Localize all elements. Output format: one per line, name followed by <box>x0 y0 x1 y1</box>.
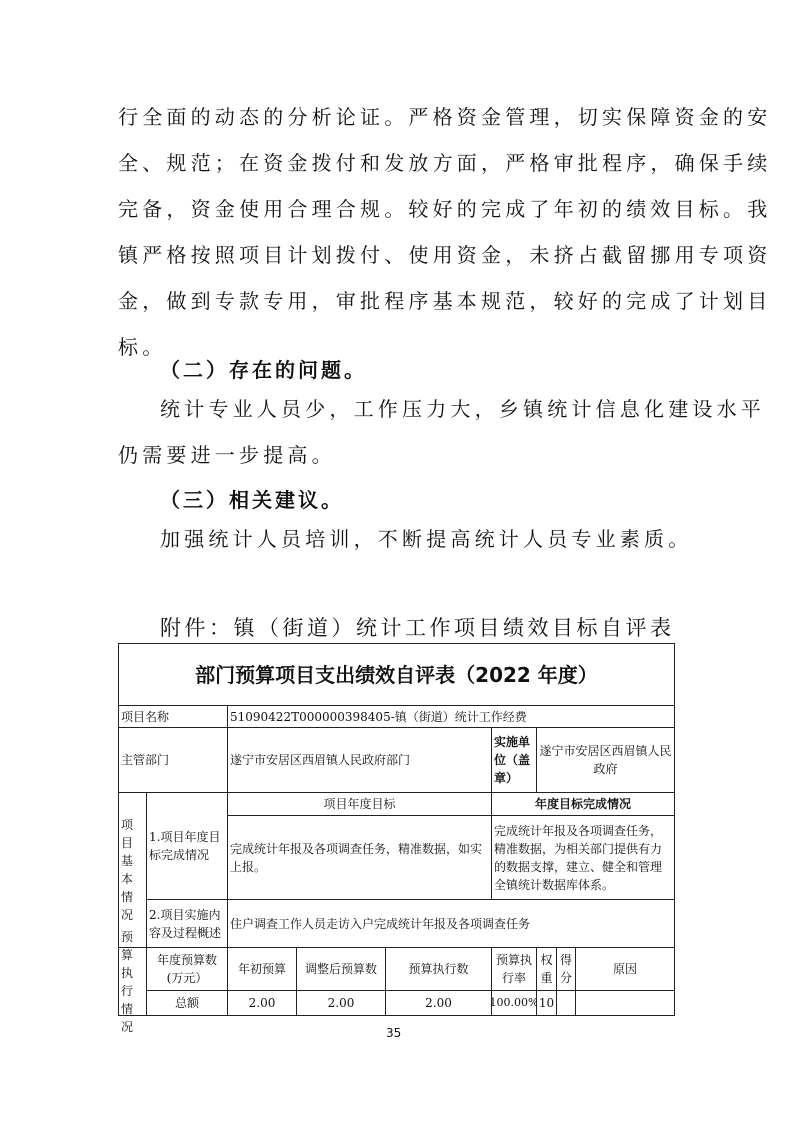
item1-completion: 完成统计年报及各项调查任务，精准数据，为相关部门提供有力的数据支撑，建立、健全和… <box>491 815 675 900</box>
item1-goal: 完成统计年报及各项调查任务，精准数据，如实上报。 <box>227 815 492 900</box>
header-adjusted-budget: 调整后预算数 <box>296 947 386 991</box>
budget-section-label: 预算执行情况 <box>118 947 147 1016</box>
header-initial-budget: 年初预算 <box>227 947 297 991</box>
annual-goal-header: 项目年度目标 <box>227 792 492 816</box>
budget-row-weight: 10 <box>536 990 557 1016</box>
performance-evaluation-table: 部门预算项目支出绩效自评表（2022 年度） 项目名称 51090422T000… <box>118 643 675 1016</box>
project-name-label: 项目名称 <box>118 705 228 728</box>
item1-label: 1.项目年度目标完成情况 <box>146 792 228 900</box>
section-heading-suggestions: （三）相关建议。 <box>160 484 344 513</box>
text-line: 统计专业人员少，工作压力大，乡镇统计信息化建设水平 <box>118 386 678 432</box>
budget-row-score <box>556 990 576 1016</box>
impl-unit-value: 遂宁市安居区西眉镇人民政府 <box>536 727 675 793</box>
attachment-caption: 附件：镇（街道）统计工作项目绩效目标自评表 <box>160 612 675 642</box>
text-line: 加强统计人员培训，不断提高统计人员专业素质。 <box>118 516 678 562</box>
text-line: 镇严格按照项目计划拨付、使用资金，未挤占截留挪用专项资 <box>118 232 678 278</box>
project-name-value: 51090422T000000398405-镇（街道）统计工作经费 <box>227 705 675 728</box>
text-line: 金，做到专款专用，审批程序基本规范，较好的完成了计划目 <box>118 278 678 324</box>
budget-row-initial: 2.00 <box>227 990 297 1016</box>
dept-value: 遂宁市安居区西眉镇人民政府部门 <box>227 727 492 793</box>
header-executed-budget: 预算执行数 <box>385 947 492 991</box>
header-weight: 权重 <box>536 947 557 991</box>
text-line: 行全面的动态的分析论证。严格资金管理，切实保障资金的安 <box>118 94 678 140</box>
item2-value: 住户调查工作人员走访入户完成统计年报及各项调查任务 <box>227 899 675 948</box>
basic-info-label: 项目基本情况 <box>118 792 147 948</box>
text-line: 仍需要进一步提高。 <box>118 432 678 478</box>
budget-row-label: 总额 <box>146 990 228 1016</box>
budget-row-reason <box>575 990 675 1016</box>
dept-label: 主管部门 <box>118 727 228 793</box>
budget-row-executed: 2.00 <box>385 990 492 1016</box>
table-title: 部门预算项目支出绩效自评表（2022 年度） <box>118 643 675 706</box>
section-heading-problems: （二）存在的问题。 <box>160 354 367 383</box>
text-line: 全、规范；在资金拨付和发放方面，严格审批程序，确保手续 <box>118 140 678 186</box>
suggestions-paragraph: 加强统计人员培训，不断提高统计人员专业素质。 <box>118 516 678 562</box>
page-number: 35 <box>386 1026 401 1040</box>
impl-unit-label: 实施单位（盖章） <box>491 727 537 793</box>
text-line: 完备，资金使用合理合规。较好的完成了年初的绩效目标。我 <box>118 186 678 232</box>
budget-row-adjusted: 2.00 <box>296 990 386 1016</box>
header-execution-rate: 预算执行率 <box>491 947 537 991</box>
goal-completion-header: 年度目标完成情况 <box>491 792 675 816</box>
header-reason: 原因 <box>575 947 675 991</box>
header-annual-budget: 年度预算数(万元） <box>146 947 228 991</box>
problems-paragraph: 统计专业人员少，工作压力大，乡镇统计信息化建设水平 仍需要进一步提高。 <box>118 386 678 478</box>
conclusion-paragraph: 行全面的动态的分析论证。严格资金管理，切实保障资金的安 全、规范；在资金拨付和发… <box>118 94 678 370</box>
header-score: 得分 <box>556 947 576 991</box>
item2-label: 2.项目实施内容及过程概述 <box>146 899 228 948</box>
budget-row-rate: 100.00% <box>491 990 537 1016</box>
